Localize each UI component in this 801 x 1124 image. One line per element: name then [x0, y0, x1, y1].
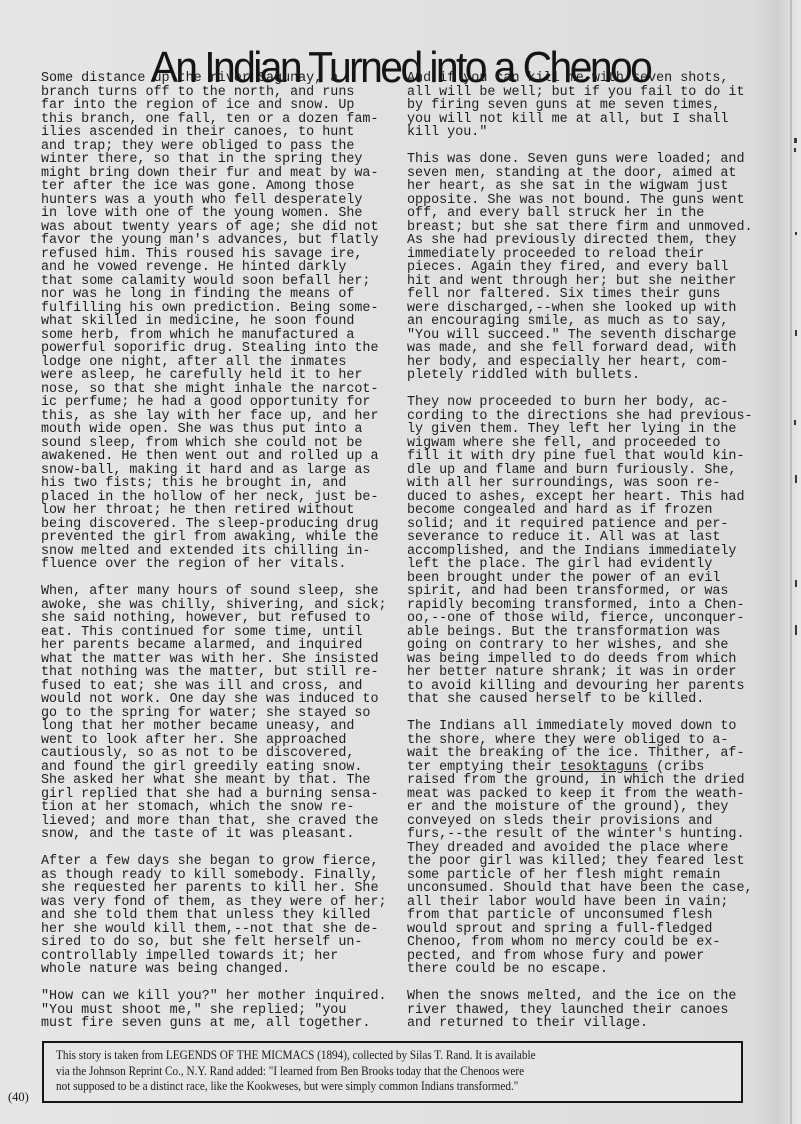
text-line: branch turns off to the north, and runs: [41, 86, 387, 100]
text-line: was made, and she fell forward dead, wit…: [407, 342, 753, 356]
text-line: was about twenty years of age; she did n…: [41, 221, 387, 235]
text-line: hit and went through her; but she neithe…: [407, 275, 753, 289]
text-line: what skilled in medicine, he soon found: [41, 315, 387, 329]
text-line: She asked her what she meant by that. Th…: [41, 774, 387, 788]
text-line: left the place. The girl had evidently: [407, 558, 753, 572]
text-line: would not work. One day she was induced …: [41, 693, 387, 707]
text-line: nose, so that she might inhale the narco…: [41, 383, 387, 397]
text-line: this, as she lay with her face up, and h…: [41, 410, 387, 424]
text-line: that some calamity would soon befall her…: [41, 275, 387, 289]
text-line: hunters was a youth who fell desperately: [41, 194, 387, 208]
page-edge-shadow: [790, 0, 792, 1124]
text-line: she requested her parents to kill her. S…: [41, 882, 387, 896]
text-line: her she would kill them,--not that she d…: [41, 923, 387, 937]
text-line: her better nature shrank; it was in orde…: [407, 666, 753, 680]
text-line: er and the moisture of the ground), they: [407, 801, 753, 815]
text-line: fluence over the region of her vitals.: [41, 558, 387, 572]
text-line: awakened. He then went out and rolled up…: [41, 450, 387, 464]
text-line: low her throat; he then retired without: [41, 504, 387, 518]
paragraph: And if you can kill me with seven shots,…: [407, 72, 753, 140]
text-line: been brought under the power of an evil: [407, 572, 753, 586]
margin-speck: [795, 232, 797, 235]
text-line: snow, and the taste of it was pleasant.: [41, 828, 387, 842]
text-line: ly given them. They left her lying in th…: [407, 423, 753, 437]
margin-speck: [794, 148, 796, 152]
text-line: The Indians all immediately moved down t…: [407, 720, 753, 734]
text-line: went to look after her. She approached: [41, 734, 387, 748]
text-line: spirit, and had been transformed, or was: [407, 585, 753, 599]
text-line: kill you.": [407, 126, 753, 140]
text-line: and found the girl greedily eating snow.: [41, 761, 387, 775]
text-line: his two fists; this he brought in, and: [41, 477, 387, 491]
text-line: As she had previously directed them, the…: [407, 234, 753, 248]
text-line: what the matter was with her. She insist…: [41, 653, 387, 667]
text-line: furs,--the result of the winter's huntin…: [407, 828, 753, 842]
text-line: was being impelled to do deeds from whic…: [407, 653, 753, 667]
text-line: They dreaded and avoided the place where: [407, 842, 753, 856]
text-line: ilies ascended in their canoes, to hunt: [41, 126, 387, 140]
text-line: Chenoo, from whom no mercy could be ex-: [407, 936, 753, 950]
text-line: far into the region of ice and snow. Up: [41, 99, 387, 113]
right-column: And if you can kill me with seven shots,…: [407, 72, 753, 1044]
text-line: go to the spring for water; she stayed s…: [41, 707, 387, 721]
text-line: mouth wide open. She was thus put into a: [41, 423, 387, 437]
paragraph: After a few days she began to grow fierc…: [41, 855, 387, 977]
text-line: in love with one of the young women. She: [41, 207, 387, 221]
text-line: lieved; and more than that, she craved t…: [41, 815, 387, 829]
text-line: fused to eat; she was ill and cross, and: [41, 680, 387, 694]
text-line: with all her surroundings, was soon re-: [407, 477, 753, 491]
text-line: solid; and it required patience and per-: [407, 518, 753, 532]
text-line: placed in the hollow of her neck, just b…: [41, 491, 387, 505]
text-line: rapidly becoming transformed, into a Che…: [407, 599, 753, 613]
source-note-box: This story is taken from LEGENDS OF THE …: [42, 1041, 743, 1103]
text-line: immediately proceeded to reload their: [407, 248, 753, 262]
text-line: girl replied that she had a burning sens…: [41, 788, 387, 802]
text-line: When, after many hours of sound sleep, s…: [41, 585, 387, 599]
paragraph: The Indians all immediately moved down t…: [407, 720, 753, 977]
text-line: as though ready to kill somebody. Finall…: [41, 869, 387, 883]
text-line: that nothing was the matter, but still r…: [41, 666, 387, 680]
text-line: fill it with dry pine fuel that would ki…: [407, 450, 753, 464]
text-line: pected, and from whose fury and power: [407, 950, 753, 964]
text-line: And if you can kill me with seven shots,: [407, 72, 753, 86]
text-line: ic perfume; he had a good opportunity fo…: [41, 396, 387, 410]
left-column: Some distance up the river Sagunay, abra…: [41, 72, 387, 1044]
text-line: some herb, from which he manufactured a: [41, 329, 387, 343]
source-note-line: This story is taken from LEGENDS OF THE …: [56, 1048, 682, 1064]
text-line: off, and every ball struck her in the: [407, 207, 753, 221]
text-line: that she caused herself to be killed.: [407, 693, 753, 707]
text-line: cautiously, so as not to be discovered,: [41, 747, 387, 761]
text-line: seven men, standing at the door, aimed a…: [407, 167, 753, 181]
text-line: must fire seven guns at me, all together…: [41, 1017, 387, 1031]
text-line: would sprout and spring a full-fledged: [407, 923, 753, 937]
source-note-line: not supposed to be a distinct race, like…: [56, 1079, 682, 1095]
text-line: from that particle of unconsumed flesh: [407, 909, 753, 923]
margin-speck: [794, 138, 797, 143]
text-line: unconsumed. Should that have been the ca…: [407, 882, 753, 896]
text-line: being discovered. The sleep-producing dr…: [41, 518, 387, 532]
margin-speck: [795, 475, 797, 483]
text-line: the poor girl was killed; they feared le…: [407, 855, 753, 869]
text-line: able beings. But the transformation was: [407, 626, 753, 640]
text-line: long that her mother became uneasy, and: [41, 720, 387, 734]
text-line: "You will succeed." The seventh discharg…: [407, 329, 753, 343]
text-line: to avoid killing and devouring her paren…: [407, 680, 753, 694]
text-line: whole nature was being changed.: [41, 963, 387, 977]
text-line: raised from the ground, in which the dri…: [407, 774, 753, 788]
source-note-text: This story is taken from LEGENDS OF THE …: [56, 1048, 682, 1095]
text-line: snow-ball, making it hard and as large a…: [41, 464, 387, 478]
text-line: wigwam where she fell, and proceeded to: [407, 437, 753, 451]
text-line: there could be no escape.: [407, 963, 753, 977]
paragraph: This was done. Seven guns were loaded; a…: [407, 153, 753, 383]
margin-speck: [794, 420, 796, 425]
text-line: all will be well; but if you fail to do …: [407, 86, 753, 100]
text-line: might bring down their fur and meat by w…: [41, 167, 387, 181]
text-line: "How can we kill you?" her mother inquir…: [41, 990, 387, 1004]
text-line: and he vowed revenge. He hinted darkly: [41, 261, 387, 275]
magazine-page: An Indian Turned into a Chenoo Some dist…: [0, 0, 801, 1124]
text-line: you will not kill me at all, but I shall: [407, 113, 753, 127]
text-line: sired to do so, but she felt herself un-: [41, 936, 387, 950]
text-line: powerful soporific drug. Stealing into t…: [41, 342, 387, 356]
text-line: accomplished, and the Indians immediatel…: [407, 545, 753, 559]
text-line: were discharged,--when she looked up wit…: [407, 302, 753, 316]
paragraph: They now proceeded to burn her body, ac-…: [407, 396, 753, 707]
text-line: duced to ashes, except her heart. This h…: [407, 491, 753, 505]
text-line: by firing seven guns at me seven times,: [407, 99, 753, 113]
text-line: river thawed, they launched their canoes: [407, 1004, 753, 1018]
text-line: fell nor faltered. Six times their guns: [407, 288, 753, 302]
text-line: her body, and especially her heart, com-: [407, 356, 753, 370]
text-line: This was done. Seven guns were loaded; a…: [407, 153, 753, 167]
text-line: were asleep, he carefully held it to her: [41, 369, 387, 383]
source-note-line: via the Johnson Reprint Co., N.Y. Rand a…: [56, 1064, 682, 1080]
text-line: snow melted and extended its chilling in…: [41, 545, 387, 559]
text-line: nor was he long in finding the means of: [41, 288, 387, 302]
text-line: prevented the girl from awaking, while t…: [41, 531, 387, 545]
text-line: become congealed and hard as if frozen: [407, 504, 753, 518]
text-line: lodge one night, after all the inmates: [41, 356, 387, 370]
text-line: ter after the ice was gone. Among those: [41, 180, 387, 194]
text-line: an encouraging smile, as much as to say,: [407, 315, 753, 329]
text-line: sound sleep, from which she could not be: [41, 437, 387, 451]
text-line: winter there, so that in the spring they: [41, 153, 387, 167]
text-line: all their labor would have been in vain;: [407, 896, 753, 910]
text-line: pletely riddled with bullets.: [407, 369, 753, 383]
text-line: opposite. She was not bound. The guns we…: [407, 194, 753, 208]
text-line: awoke, she was chilly, shivering, and si…: [41, 599, 387, 613]
paragraph: "How can we kill you?" her mother inquir…: [41, 990, 387, 1031]
text-line: They now proceeded to burn her body, ac-: [407, 396, 753, 410]
text-line: this branch, one fall, ten or a dozen fa…: [41, 113, 387, 127]
text-line: controllably impelled towards it; her: [41, 950, 387, 964]
text-line: cording to the directions she had previo…: [407, 410, 753, 424]
paragraph: When the snows melted, and the ice on th…: [407, 990, 753, 1031]
text-line: fulfilling his own prediction. Being som…: [41, 302, 387, 316]
margin-speck: [795, 580, 797, 587]
text-line: and returned to their village.: [407, 1017, 753, 1031]
text-line: tion at her stomach, which the snow re-: [41, 801, 387, 815]
text-line: ter emptying their tesoktaguns (cribs: [407, 761, 753, 775]
paragraph: Some distance up the river Sagunay, abra…: [41, 72, 387, 572]
text-line: some particle of her flesh might remain: [407, 869, 753, 883]
text-line: was very fond of them, as they were of h…: [41, 896, 387, 910]
page-number: (40): [8, 1090, 29, 1105]
text-line: and trap; they were obliged to pass the: [41, 140, 387, 154]
paragraph: When, after many hours of sound sleep, s…: [41, 585, 387, 842]
text-line: When the snows melted, and the ice on th…: [407, 990, 753, 1004]
text-line: "You must shoot me," she replied; "you: [41, 1004, 387, 1018]
text-line: After a few days she began to grow fierc…: [41, 855, 387, 869]
text-line: going on contrary to her wishes, and she: [407, 639, 753, 653]
text-line: the shore, where they were obliged to a-: [407, 734, 753, 748]
text-line: meat was packed to keep it from the weat…: [407, 788, 753, 802]
text-line: eat. This continued for some time, until: [41, 626, 387, 640]
text-line: she said nothing, however, but refused t…: [41, 612, 387, 626]
text-line: severance to reduce it. All was at last: [407, 531, 753, 545]
text-line: conveyed on sleds their provisions and: [407, 815, 753, 829]
text-line: her parents became alarmed, and inquired: [41, 639, 387, 653]
text-line: favor the young man's advances, but flat…: [41, 234, 387, 248]
text-line: and she told them that unless they kille…: [41, 909, 387, 923]
margin-speck: [795, 330, 797, 336]
text-line: pieces. Again they fired, and every ball: [407, 261, 753, 275]
text-line: dle up and flame and burn furiously. She…: [407, 464, 753, 478]
text-line: refused him. This roused his savage ire,: [41, 248, 387, 262]
text-line: breast; but she sat there firm and unmov…: [407, 221, 753, 235]
text-line: her heart, as she sat in the wigwam just: [407, 180, 753, 194]
text-line: wait the breaking of the ice. Thither, a…: [407, 747, 753, 761]
margin-speck: [795, 625, 797, 635]
text-line: Some distance up the river Sagunay, a: [41, 72, 387, 86]
text-line: oo,--one of those wild, fierce, unconque…: [407, 612, 753, 626]
